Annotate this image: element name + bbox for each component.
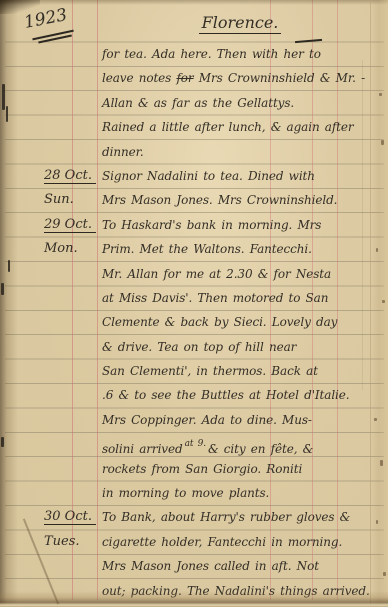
paper-speckle <box>380 460 383 466</box>
entry-text: Mrs Mason Jones called in aft. Not <box>102 554 319 578</box>
ink-mark <box>1 437 4 447</box>
diary-line: Mrs Coppinger. Ada to dine. Mus- <box>0 408 388 432</box>
entry-text: Mrs Coppinger. Ada to dine. Mus- <box>102 408 312 432</box>
paper-speckle <box>374 418 377 421</box>
entry-text: Clemente & back by Sieci. Lovely day <box>102 310 337 334</box>
diary-line: for tea. Ada here. Then with her to <box>0 42 388 66</box>
entry-text: Prim. Met the Waltons. Fantecchi. <box>102 237 312 261</box>
entry-text-segment: & city en fête, & <box>208 442 313 456</box>
entry-text: in morning to move plants. <box>102 481 269 505</box>
entry-text: rockets from San Giorgio. Roniti <box>102 457 302 481</box>
page-title: Florence. <box>178 13 302 32</box>
entry-text: solini arrivedat 9.& city en fête, & <box>102 432 313 456</box>
diary-line: 29 Oct.To Haskard's bank in morning. Mrs <box>0 213 388 237</box>
entry-day <box>0 310 102 334</box>
entry-text: .6 & to see the Buttles at Hotel d'Itali… <box>102 383 350 407</box>
entry-day: Mon. <box>0 237 102 261</box>
entry-day <box>0 481 102 505</box>
entry-day <box>0 335 102 359</box>
diary-lines: for tea. Ada here. Then with her toleave… <box>0 42 388 603</box>
diary-line: in morning to move plants. <box>0 481 388 505</box>
diary-line: & drive. Tea on top of hill near <box>0 335 388 359</box>
paper-speckle <box>376 248 378 252</box>
entry-date: 28 Oct. <box>0 164 102 188</box>
paper-speckle <box>379 93 382 96</box>
entry-day <box>0 286 102 310</box>
diary-line: Sun.Mrs Mason Jones. Mrs Crowninshield. <box>0 188 388 212</box>
entry-text: To Bank, about Harry's rubber gloves & <box>102 505 350 529</box>
entry-text: Signor Nadalini to tea. Dined with <box>102 164 315 188</box>
diary-line: Mon.Prim. Met the Waltons. Fantecchi. <box>0 237 388 261</box>
diary-line: Mrs Mason Jones called in aft. Not <box>0 554 388 578</box>
entry-text: leave notes for Mrs Crowninshield & Mr. … <box>102 66 365 90</box>
entry-day <box>0 408 102 432</box>
entry-text: & drive. Tea on top of hill near <box>102 335 296 359</box>
entry-text: out; packing. The Nadalini's things arri… <box>102 579 370 603</box>
inserted-text: at 9. <box>185 439 206 449</box>
notebook-page: 1923 Florence. for tea. Ada here. Then w… <box>0 0 388 607</box>
entry-day <box>0 42 102 66</box>
entry-text-segment: leave notes <box>102 71 176 85</box>
diary-line: out; packing. The Nadalini's things arri… <box>0 579 388 603</box>
page-edge-top <box>0 0 388 5</box>
entry-day <box>0 140 102 164</box>
diary-line: at Miss Davis'. Then motored to San <box>0 286 388 310</box>
entry-day <box>0 432 102 456</box>
entry-text: dinner. <box>102 140 144 164</box>
entry-text: To Haskard's bank in morning. Mrs <box>102 213 321 237</box>
paper-speckle <box>382 300 385 303</box>
entry-day: Tues. <box>0 530 102 554</box>
entry-text: Mr. Allan for me at 2.30 & for Nesta <box>102 262 331 286</box>
entry-day: Sun. <box>0 188 102 212</box>
diary-line: .6 & to see the Buttles at Hotel d'Itali… <box>0 383 388 407</box>
diary-line: solini arrivedat 9.& city en fête, & <box>0 432 388 456</box>
diary-line: 30 Oct.To Bank, about Harry's rubber glo… <box>0 505 388 529</box>
entry-date: 30 Oct. <box>0 505 102 529</box>
diary-line: leave notes for Mrs Crowninshield & Mr. … <box>0 66 388 90</box>
entry-text: for tea. Ada here. Then with her to <box>102 42 321 66</box>
entry-text: Allan & as far as the Gellattys. <box>102 91 294 115</box>
diary-line: Mr. Allan for me at 2.30 & for Nesta <box>0 262 388 286</box>
paper-speckle <box>381 140 384 145</box>
struck-text: for <box>176 71 193 85</box>
paper-speckle <box>383 572 386 576</box>
entry-text-segment: solini arrived <box>102 442 183 456</box>
paper-speckle <box>376 520 378 524</box>
diary-line: rockets from San Giorgio. Roniti <box>0 457 388 481</box>
entry-day <box>0 554 102 578</box>
entry-text: at Miss Davis'. Then motored to San <box>102 286 328 310</box>
year-label: 1923 <box>22 5 68 33</box>
diary-line: Clemente & back by Sieci. Lovely day <box>0 310 388 334</box>
entry-day <box>0 66 102 90</box>
entry-text: Rained a little after lunch, & again aft… <box>102 115 354 139</box>
ink-mark <box>8 260 10 272</box>
diary-line: dinner. <box>0 140 388 164</box>
entry-day <box>0 359 102 383</box>
entry-text-segment: Mrs Crowninshield & Mr. - <box>194 71 365 85</box>
diary-line: San Clementi', in thermos. Back at <box>0 359 388 383</box>
diary-line: Allan & as far as the Gellattys. <box>0 91 388 115</box>
diary-line: 28 Oct.Signor Nadalini to tea. Dined wit… <box>0 164 388 188</box>
ink-mark <box>6 106 8 122</box>
entry-text: San Clementi', in thermos. Back at <box>102 359 318 383</box>
ink-mark <box>1 283 4 295</box>
entry-date: 29 Oct. <box>0 213 102 237</box>
diary-line: Tues.cigarette holder, Fantecchi in morn… <box>0 530 388 554</box>
entry-text: cigarette holder, Fantecchi in morning. <box>102 530 342 554</box>
diary-line: Rained a little after lunch, & again aft… <box>0 115 388 139</box>
entry-day <box>0 91 102 115</box>
entry-day <box>0 457 102 481</box>
entry-text: Mrs Mason Jones. Mrs Crowninshield. <box>102 188 337 212</box>
entry-day <box>0 115 102 139</box>
entry-day <box>0 262 102 286</box>
entry-day <box>0 383 102 407</box>
ink-mark <box>2 84 5 110</box>
entry-day <box>0 579 102 603</box>
